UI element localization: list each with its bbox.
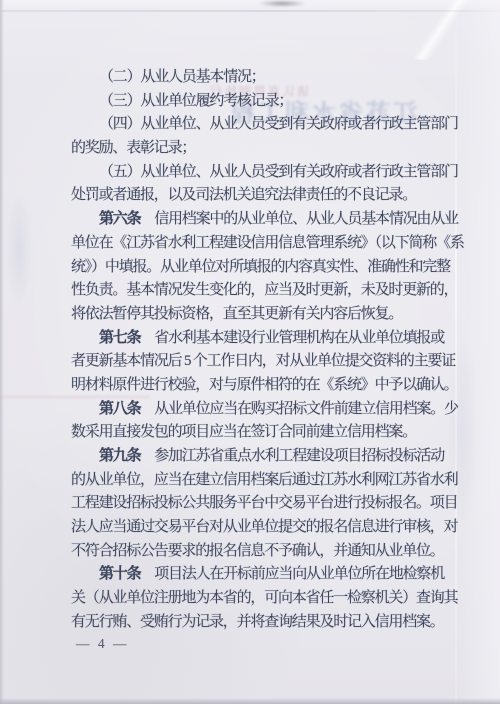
text-line: 将依法暂停其投标资格，直至其更新有关内容后恢复。 — [71, 303, 465, 327]
text-line: 明材料原件进行校验，对与原件相符的在《系统》中予以确认。 — [71, 374, 465, 398]
text-line: 的从业单位，应当在建立信用档案后通过江苏水利网江苏省水利 — [71, 469, 465, 493]
article-number: 第七条 — [99, 330, 140, 346]
text-line: （二）从业人员基本情况； — [71, 66, 465, 90]
article-number: 第十条 — [99, 566, 140, 582]
line-text: （二）从业人员基本情况； — [99, 69, 265, 85]
text-line: 处罚或者通报，以及司法机关追究法律责任的不良记录。 — [71, 184, 465, 208]
text-line: 第十条 项目法人在开标前应当向从业单位所在地检察机 — [71, 563, 465, 587]
line-text: 性负责。基本情况发生变化的，应当及时更新，未及时更新的， — [71, 282, 457, 298]
article-number: 第九条 — [99, 448, 140, 464]
line-text: 项目法人在开标前应当向从业单位所在地检察机 — [140, 566, 444, 582]
article-number: 第六条 — [99, 211, 140, 227]
text-line: 第八条 从业单位应当在购买招标文件前建立信用档案。少 — [71, 398, 465, 422]
paper-left-edge — [0, 0, 4, 704]
article-number: 第八条 — [99, 401, 140, 417]
text-line: 第七条 省水利基本建设行业管理机构在从业单位填报或 — [71, 327, 465, 351]
line-text: （五）从业单位、从业人员受到有关政府或者行政主管部门 — [99, 164, 458, 180]
text-line: 的奖励、表彰记录； — [71, 137, 465, 161]
text-line: （五）从业单位、从业人员受到有关政府或者行政主管部门 — [71, 161, 465, 185]
text-line: 关（从业单位注册地为本省的，可向本省任一检察机关）查询其 — [71, 587, 465, 611]
line-text: 单位在《江苏省水利工程建设信用信息管理系统》（以下简称《系 — [71, 235, 464, 251]
text-line: 有无行贿、受贿行为记录，并将查询结果及时记入信用档案。 — [71, 611, 465, 635]
page-number: — 4 — — [76, 636, 129, 652]
scan-smudge — [258, 0, 306, 7]
line-text: 法人应当通过交易平台对从业单位提交的报名信息进行审核，对 — [71, 519, 457, 535]
line-text: 的奖励、表彰记录； — [71, 140, 195, 156]
line-text: 参加江苏省重点水利工程建设项目招标投标活动 — [140, 448, 444, 464]
line-text: （三）从业单位履约考核记录； — [99, 93, 292, 109]
text-line: （四）从业单位、从业人员受到有关政府或者行政主管部门 — [71, 113, 465, 137]
line-text: 不符合招标公告要求的报名信息不予确认，并通知从业单位。 — [71, 543, 444, 559]
paper-bottom-edge — [0, 698, 500, 704]
bleed-through-smudge — [6, 190, 32, 310]
line-text: 统》）中填报。从业单位对所填报的内容真实性、准确性和完整 — [71, 259, 450, 275]
document-body: （二）从业人员基本情况； （三）从业单位履约考核记录； （四）从业单位、从业人员… — [71, 66, 465, 635]
line-text: 者更新基本情况后 5 个工作日内，对从业单位提交资料的主要证 — [71, 353, 455, 369]
text-line: 第六条 信用档案中的从业单位、从业人员基本情况由从业 — [71, 208, 465, 232]
text-line: 第九条 参加江苏省重点水利工程建设项目招标投标活动 — [71, 445, 465, 469]
text-line: 数采用直接发包的项目应当在签订合同前建立信用档案。 — [71, 421, 465, 445]
text-line: 不符合招标公告要求的报名信息不予确认，并通知从业单位。 — [71, 540, 465, 564]
paper-fold-line — [0, 10, 500, 12]
line-text: 的从业单位，应当在建立信用档案后通过江苏水利网江苏省水利 — [71, 472, 457, 488]
line-text: 处罚或者通报，以及司法机关追究法律责任的不良记录。 — [71, 187, 416, 203]
line-text: 将依法暂停其投标资格，直至其更新有关内容后恢复。 — [71, 306, 402, 322]
text-line: （三）从业单位履约考核记录； — [71, 90, 465, 114]
text-line: 统》）中填报。从业单位对所填报的内容真实性、准确性和完整 — [71, 256, 465, 280]
line-text: 关（从业单位注册地为本省的，可向本省任一检察机关）查询其 — [71, 590, 457, 606]
text-line: 法人应当通过交易平台对从业单位提交的报名信息进行审核，对 — [71, 516, 465, 540]
text-line: 性负责。基本情况发生变化的，应当及时更新，未及时更新的， — [71, 279, 465, 303]
line-text: 有无行贿、受贿行为记录，并将查询结果及时记入信用档案。 — [71, 614, 444, 630]
scanned-document-page: 请认真贯彻执行 江苏省水利工程 （二）从业人员基本情况； （三）从业单位履约考核… — [0, 0, 500, 704]
text-line: 者更新基本情况后 5 个工作日内，对从业单位提交资料的主要证 — [71, 350, 465, 374]
line-text: 工程建设招标投标公共服务平台中交易平台进行投标报名。项目 — [71, 495, 457, 511]
line-text: 信用档案中的从业单位、从业人员基本情况由从业 — [140, 211, 457, 227]
line-text: 数采用直接发包的项目应当在签订合同前建立信用档案。 — [71, 424, 416, 440]
line-text: （四）从业单位、从业人员受到有关政府或者行政主管部门 — [99, 116, 458, 132]
text-line: 工程建设招标投标公共服务平台中交易平台进行投标报名。项目 — [71, 492, 465, 516]
line-text: 从业单位应当在购买招标文件前建立信用档案。少 — [140, 401, 457, 417]
line-text: 明材料原件进行校验，对与原件相符的在《系统》中予以确认。 — [71, 377, 457, 393]
line-text: 省水利基本建设行业管理机构在从业单位填报或 — [140, 330, 444, 346]
text-line: 单位在《江苏省水利工程建设信用信息管理系统》（以下简称《系 — [71, 232, 465, 256]
